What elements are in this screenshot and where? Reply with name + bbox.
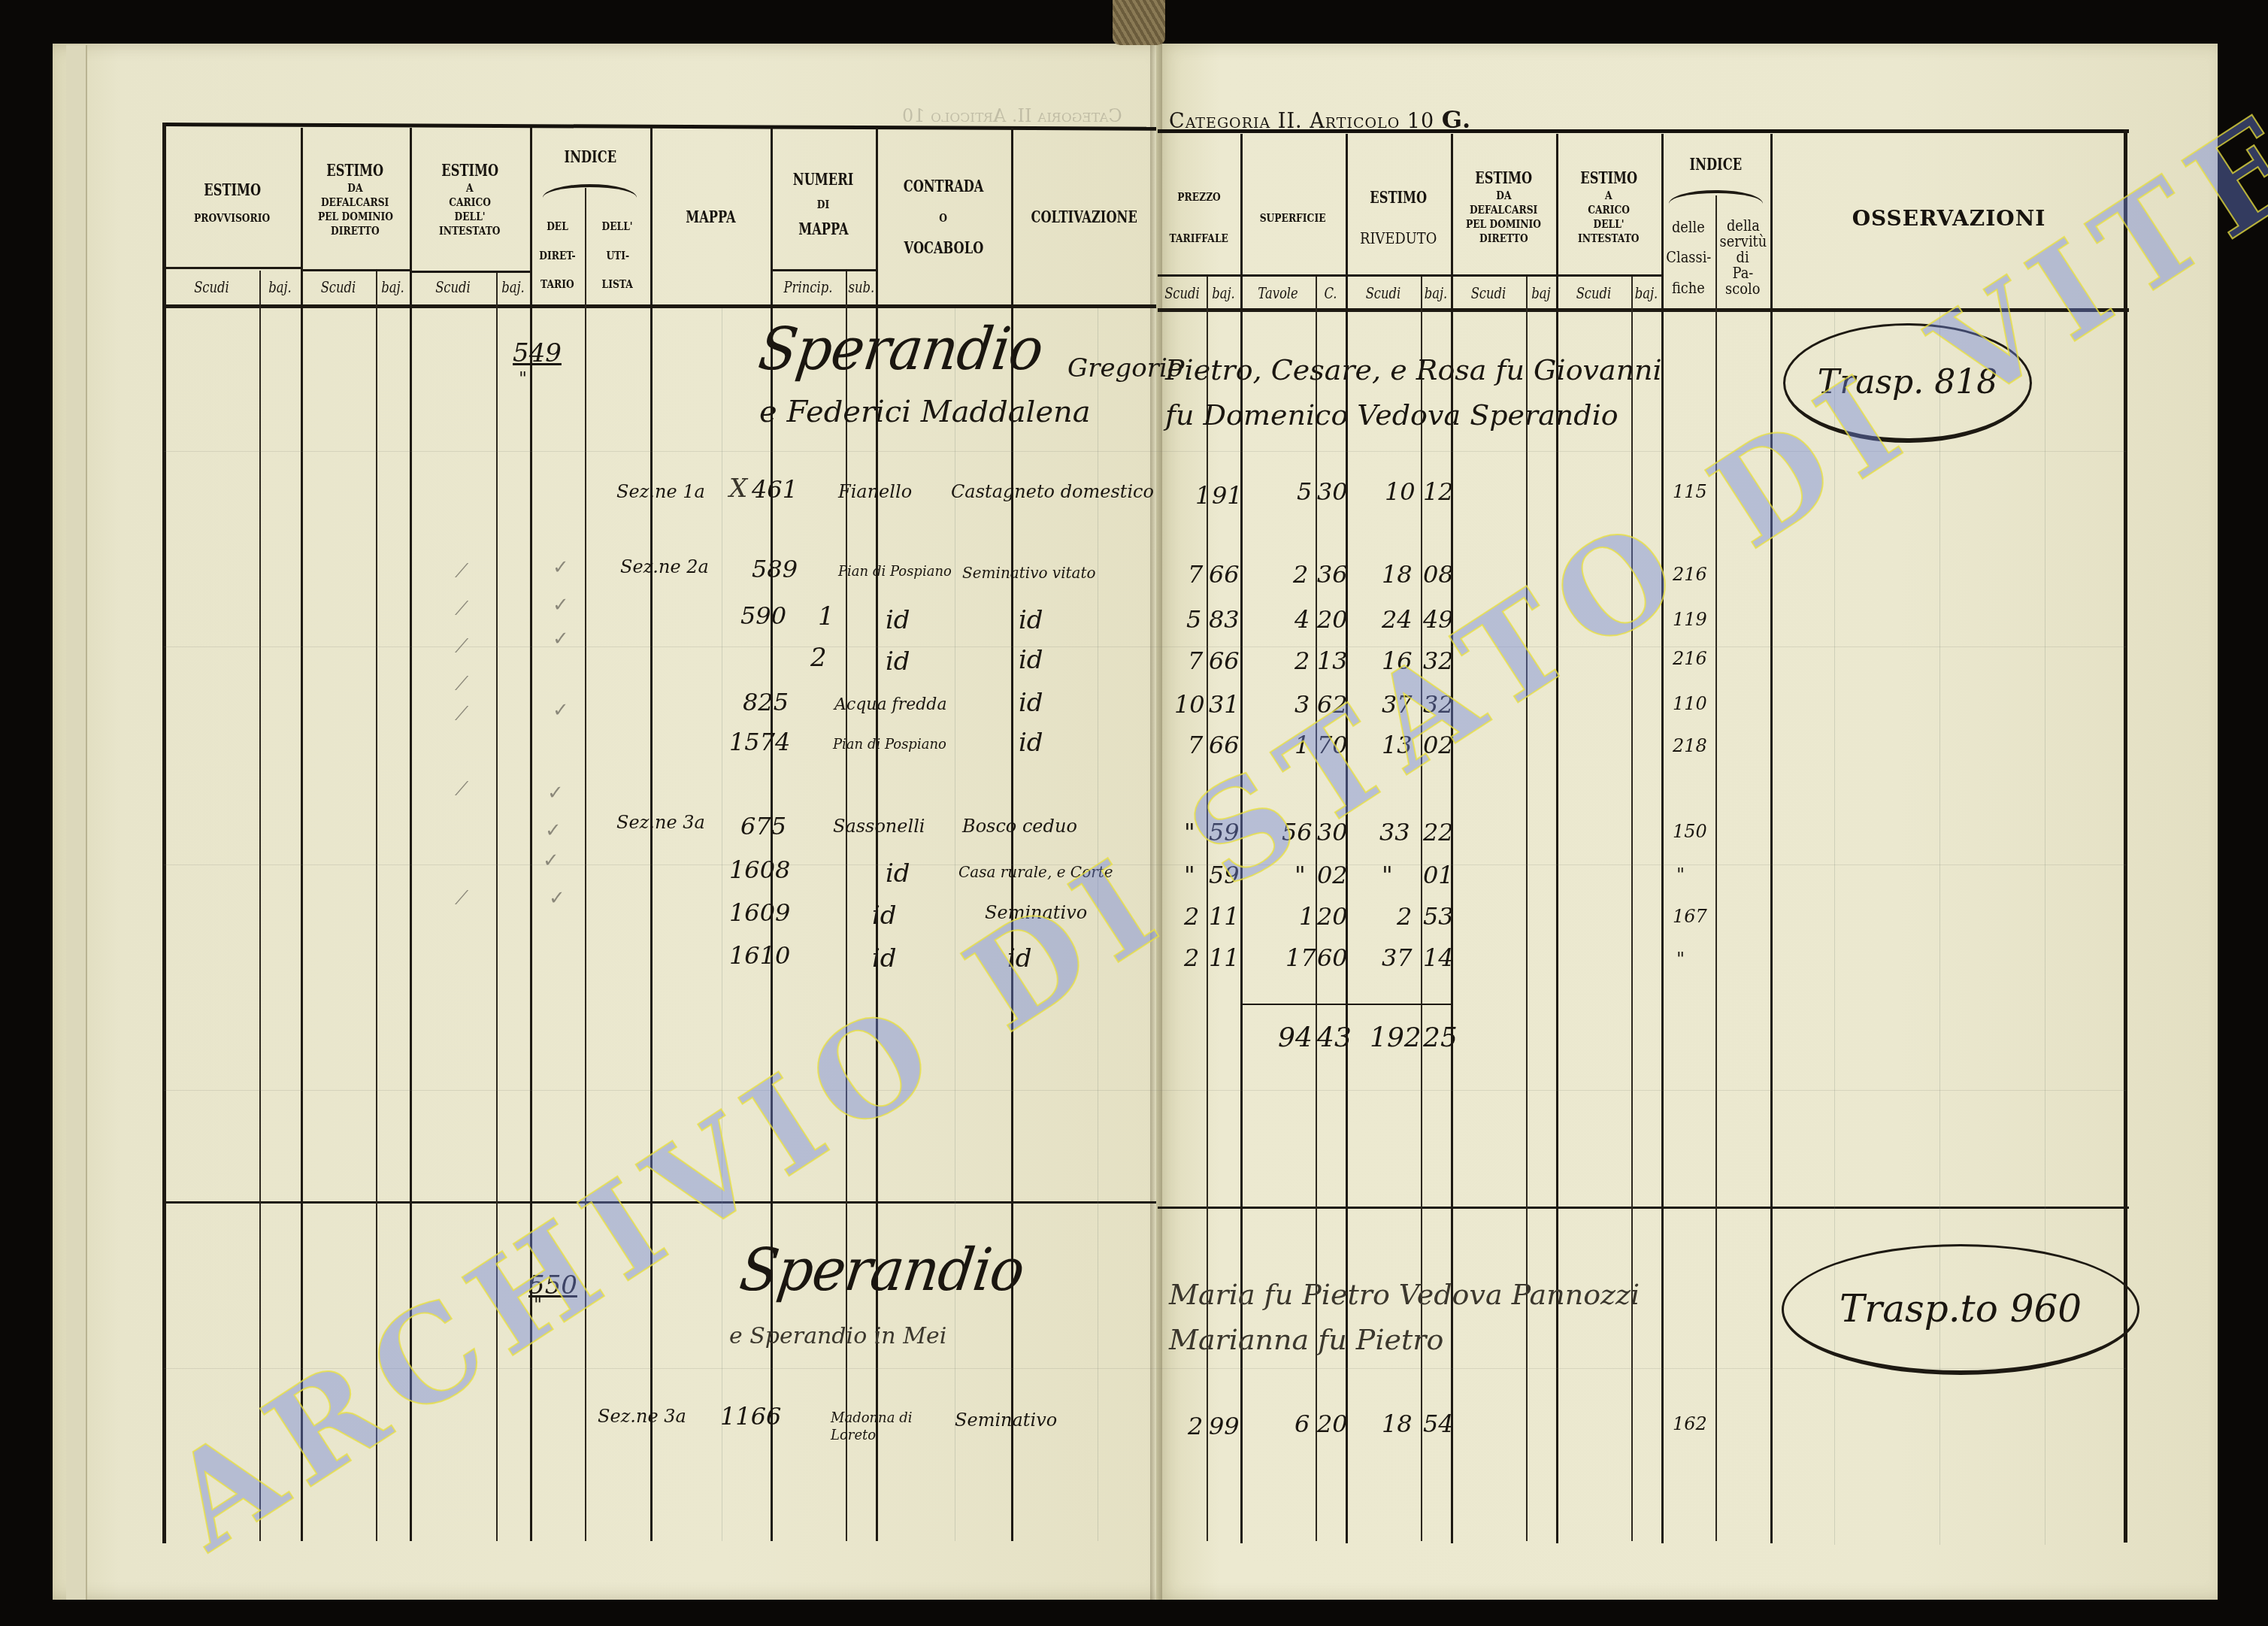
indice-classifiche: 115: [1673, 481, 1707, 502]
subheader-baj: baj.: [263, 278, 297, 296]
pencil-tick: ⟋: [455, 778, 468, 801]
subheader-scudi: Scudi: [1352, 284, 1414, 302]
sub-header-rule: [1158, 274, 1240, 277]
indice-classifiche: 119: [1673, 609, 1707, 630]
bleed-through-head: Categoria II. Articolo 10: [902, 105, 1122, 126]
header-estimo-provvisorio: ESTIMO PROVVISORIO: [164, 143, 301, 263]
header-estimo-defalcarsi-right: ESTIMO DA DEFALCARSI PEL DOMINIO DIRETTO: [1451, 143, 1556, 271]
riveduto-baj: 54: [1423, 1410, 1454, 1438]
faint-row-rule: [164, 1368, 2126, 1369]
header-indice-diretario: DEL DIRET- TARIO: [530, 203, 585, 308]
entry-separator: [1158, 1207, 2129, 1209]
sub-header-rule: [1556, 274, 1661, 277]
subheader-c: C.: [1319, 284, 1343, 302]
coltivazione: id: [1019, 728, 1043, 758]
subheader-scudi: Scudi: [172, 278, 250, 296]
pencil-tick: ⟋: [455, 598, 468, 621]
contrada: Pian di Pospiano: [833, 737, 946, 752]
header-indice-classifiche: delle Classi- fiche: [1661, 207, 1715, 308]
subheader-scudi: Scudi: [417, 278, 488, 296]
col-divider: [301, 128, 303, 1541]
indice-classifiche: 110: [1673, 693, 1707, 714]
parcel-number: 1610: [729, 941, 790, 970]
coltivazione: Castagneto domestico: [951, 481, 1154, 502]
contrada: id: [886, 605, 910, 635]
coltivazione: id: [1007, 943, 1032, 973]
riveduto-scudi: 18: [1382, 1410, 1413, 1438]
entry-number-sub: ": [534, 1294, 542, 1316]
transfer-note-oval: Trasp. 818: [1783, 323, 2032, 443]
prezzo-baj: 99: [1209, 1412, 1240, 1440]
riveduto-scudi: 18: [1382, 560, 1413, 589]
subheader-baj: baj.: [1210, 284, 1237, 302]
header-osservazioni: OSSERVAZIONI: [1770, 128, 2127, 308]
subheader-scudi: Scudi: [1458, 284, 1519, 302]
pencil-check: ✓: [553, 699, 569, 722]
riveduto-baj: 02: [1423, 731, 1454, 759]
riveduto-baj: 22: [1423, 818, 1454, 846]
riveduto-baj: 32: [1423, 690, 1454, 719]
prezzo-baj: 66: [1209, 646, 1240, 675]
col-divider: [1770, 134, 1773, 1543]
superficie-tavole: 1: [1294, 731, 1310, 759]
riveduto-scudi: 33: [1379, 818, 1410, 846]
superficie-c: 30: [1317, 818, 1348, 846]
prezzo-scudi: 7: [1188, 646, 1203, 675]
contrada: id: [886, 646, 910, 677]
prezzo-baj: 59: [1209, 818, 1240, 846]
contrada: id: [886, 858, 910, 889]
contrada: Fianello: [838, 481, 912, 502]
parcel-number: 1608: [729, 855, 790, 884]
header-indice-right: INDICE: [1661, 147, 1770, 184]
indice-classifiche: 150: [1673, 821, 1707, 842]
binding-thread: [1113, 0, 1165, 45]
pencil-tick: ⟋: [455, 703, 468, 726]
sub-col-divider: [846, 271, 847, 1541]
sezione-label: Sez.ne 3a: [616, 812, 705, 833]
riveduto-scudi: 2: [1397, 902, 1412, 931]
subheader-scudi: Scudi: [307, 278, 369, 296]
indice-classifiche: ": [1676, 864, 1685, 886]
riveduto-scudi: 13: [1382, 731, 1413, 759]
coltivazione: Seminativo: [985, 902, 1087, 923]
parcel-number: 675: [740, 812, 786, 840]
superficie-tavole: 2: [1293, 560, 1308, 589]
riveduto-scudi: ": [1382, 861, 1393, 889]
pencil-check: ✓: [545, 819, 562, 842]
total-riveduto-scudi: 192: [1370, 1022, 1422, 1053]
prezzo-baj: 83: [1209, 605, 1240, 634]
col-divider: [650, 128, 653, 1541]
total-riveduto-baj: 25: [1423, 1022, 1458, 1053]
indice-classifiche: 218: [1673, 735, 1707, 756]
indice-classifiche: 167: [1673, 906, 1707, 927]
pencil-check: ✓: [543, 849, 559, 872]
total-tavole: 94: [1278, 1022, 1313, 1053]
riveduto-scudi: 24: [1382, 605, 1413, 634]
faint-rule: [722, 308, 722, 1541]
parcel-number: 1166: [720, 1402, 781, 1431]
superficie-c: 20: [1317, 605, 1348, 634]
riveduto-baj: 53: [1423, 902, 1454, 931]
superficie-tavole: 4: [1294, 605, 1310, 634]
sezione-label: Sez.ne 1a: [616, 481, 705, 502]
coltivazione: id: [1019, 645, 1043, 675]
pencil-tick: ⟋: [455, 887, 468, 910]
sub-col-divider: [259, 271, 261, 1541]
superficie-c: 20: [1317, 902, 1348, 931]
sub-header-rule: [1346, 274, 1451, 277]
header-coltivazione: COLTIVAZIONE: [1011, 132, 1158, 304]
superficie-c: 13: [1317, 646, 1348, 675]
owner-name-right-1: Pietro, Cesare, e Rosa fu Giovanni: [1165, 353, 1662, 386]
coltivazione: Seminativo: [955, 1410, 1057, 1431]
subheader-baj: baj: [1529, 284, 1554, 302]
superficie-tavole: 5: [1297, 477, 1312, 506]
riveduto-scudi: 37: [1382, 943, 1413, 972]
owner-name-right-1: Maria fu Pietro Vedova Pannozzi: [1169, 1278, 1640, 1311]
faint-row-rule: [164, 1090, 2126, 1091]
sezione-label: Sez.ne 3a: [598, 1406, 686, 1427]
prezzo-scudi: 2: [1184, 943, 1199, 972]
col-divider: [1556, 134, 1558, 1543]
superficie-c: 02: [1317, 861, 1348, 889]
parcel-number: 461: [752, 475, 798, 504]
prezzo-scudi: 2: [1184, 902, 1199, 931]
superficie-tavole: 1: [1299, 902, 1314, 931]
subheader-scudi: Scudi: [1563, 284, 1625, 302]
header-estimo-carico-right: ESTIMO A CARICO DELL' INTESTATO: [1556, 143, 1661, 271]
sezione-label: Sez.ne 2a: [620, 556, 709, 577]
riveduto-scudi: 10: [1385, 477, 1416, 506]
riveduto-scudi: 37: [1382, 690, 1413, 719]
sub-header-rule: [771, 269, 876, 271]
parcel-number: 1609: [729, 898, 790, 927]
indice-classifiche: 216: [1673, 564, 1707, 585]
superficie-c: 36: [1317, 560, 1348, 589]
pencil-tick: ⟋: [455, 560, 468, 583]
header-numeri-mappa: NUMERI DI MAPPA: [771, 143, 876, 267]
superficie-c: 70: [1317, 731, 1348, 759]
faint-row-rule: [164, 451, 2126, 452]
superficie-c: 60: [1317, 943, 1348, 972]
sub-header-rule: [301, 269, 410, 271]
entry-number: 549: [513, 338, 562, 368]
pencil-check: ✓: [553, 594, 569, 616]
indice-classifiche: ": [1676, 949, 1685, 970]
sub-col-divider: [376, 271, 377, 1541]
riveduto-scudi: 16: [1382, 646, 1413, 675]
contrada: Acqua fredda: [834, 695, 947, 714]
table-left-border: [162, 123, 166, 1543]
owner-name-right-2: fu Domenico Vedova Sperandio: [1165, 398, 1618, 431]
page-leaf-edge: [66, 45, 87, 1600]
pencil-check: ✓: [549, 887, 565, 910]
coltivazione: Seminativo vitato: [962, 564, 1096, 582]
transfer-note-oval: Trasp.to 960: [1782, 1244, 2139, 1375]
parcel-sub: 1: [818, 601, 834, 631]
prezzo-baj: 11: [1209, 902, 1240, 931]
header-superficie: SUPERFICIE: [1240, 165, 1346, 271]
parcel-number: 590: [740, 601, 786, 630]
prezzo-scudi: 1: [1195, 481, 1210, 510]
riveduto-baj: 08: [1423, 560, 1454, 589]
header-prezzo-tariffale: PREZZO TARIFFALE: [1158, 165, 1240, 271]
faint-rule: [1834, 312, 1835, 1545]
riveduto-baj: 01: [1423, 861, 1454, 889]
subheader-scudi: Scudi: [1162, 284, 1202, 302]
header-bottom-rule: [1158, 308, 2129, 312]
contrada: Pian di Pospiano: [838, 564, 952, 580]
prezzo-scudi: 2: [1188, 1412, 1203, 1440]
parcel-number: 825: [743, 688, 789, 716]
prezzo-baj: 59: [1209, 861, 1240, 889]
superficie-c: 62: [1317, 690, 1348, 719]
sub-col-divider: [1631, 274, 1633, 1541]
header-estimo-defalcarsi: ESTIMO DA DEFALCARSI PEL DOMINIO DIRETTO: [301, 132, 410, 267]
totals-rule: [1240, 1004, 1451, 1005]
total-c: 43: [1317, 1022, 1352, 1053]
pencil-tick: ⟋: [455, 635, 468, 659]
coltivazione: Bosco ceduo: [962, 816, 1077, 837]
coltivazione: id: [1019, 688, 1043, 718]
superficie-c: 20: [1317, 1410, 1348, 1438]
header-estimo-riveduto: ESTIMO RIVEDUTO: [1346, 165, 1451, 271]
owner-name-2: e Sperandio in Mei: [729, 1323, 946, 1349]
cross-mark: X: [729, 474, 747, 504]
prezzo-baj: 11: [1209, 943, 1240, 972]
superficie-tavole: 17: [1285, 943, 1316, 972]
header-indice-utilista: DELL' UTI- LISTA: [585, 203, 650, 308]
col-divider: [1661, 134, 1664, 1543]
owner-name-right-2: Marianna fu Pietro: [1169, 1323, 1443, 1356]
owner-name-2: e Federici Maddalena: [759, 395, 1091, 429]
subheader-baj: baj.: [379, 278, 407, 296]
prezzo-scudi: 7: [1188, 560, 1203, 589]
sub-header-rule: [1240, 274, 1346, 277]
subheader-baj: baj.: [1424, 284, 1449, 302]
riveduto-baj: 14: [1423, 943, 1454, 972]
parcel-sub: 2: [810, 643, 827, 673]
entry-number-sub: ": [519, 368, 527, 389]
prezzo-baj: 31: [1209, 690, 1240, 719]
prezzo-scudi: 7: [1188, 731, 1203, 759]
superficie-tavole: 56: [1282, 818, 1313, 846]
riveduto-baj: 49: [1423, 605, 1454, 634]
sub-header-rule: [1451, 274, 1556, 277]
header-bottom-rule: [164, 304, 1156, 308]
subheader-tavole: Tavole: [1247, 284, 1309, 302]
header-indice-servitu: della servitù di Pa- scolo: [1715, 207, 1770, 308]
coltivazione: id: [1019, 605, 1043, 635]
prezzo-baj: 66: [1209, 731, 1240, 759]
sub-col-divider: [496, 271, 498, 1541]
indice-classifiche: 162: [1673, 1413, 1707, 1434]
contrada: Sassonelli: [833, 816, 925, 837]
owner-surname: Sperandio: [736, 1237, 1028, 1304]
riveduto-baj: 32: [1423, 646, 1454, 675]
sub-col-divider: [1526, 274, 1528, 1541]
contrada: id: [872, 901, 897, 931]
subheader-princip: Princip.: [777, 278, 839, 296]
prezzo-baj: 66: [1209, 560, 1240, 589]
sub-header-rule: [410, 271, 530, 273]
prezzo-scudi: 5: [1186, 605, 1201, 634]
prezzo-baj: 91: [1212, 481, 1243, 510]
col-divider: [410, 128, 412, 1541]
superficie-tavole: 2: [1294, 646, 1310, 675]
superficie-tavole: 3: [1294, 690, 1310, 719]
faint-row-rule: [164, 864, 2126, 865]
parcel-number: 589: [752, 555, 798, 583]
superficie-tavole: 6: [1294, 1410, 1310, 1438]
subheader-baj: baj.: [1634, 284, 1659, 302]
indice-classifiche: 216: [1673, 648, 1707, 669]
header-contrada: CONTRADA O VOCABOLO: [876, 132, 1011, 304]
superficie-tavole: ": [1294, 861, 1306, 889]
prezzo-scudi: 10: [1174, 690, 1205, 719]
subheader-sub: sub.: [849, 278, 874, 296]
riveduto-baj: 12: [1423, 477, 1454, 506]
header-mappa: MAPPA: [650, 132, 771, 304]
header-indice: INDICE: [530, 139, 650, 177]
contrada: id: [872, 943, 897, 973]
pencil-check: ✓: [547, 782, 564, 804]
prezzo-scudi: ": [1184, 818, 1195, 846]
pencil-check: ✓: [553, 556, 569, 579]
header-estimo-carico: ESTIMO A CARICO DELL' INTESTATO: [410, 132, 530, 267]
pencil-tick: ⟋: [455, 673, 468, 696]
superficie-c: 30: [1317, 477, 1348, 506]
contrada: Madonna di Loreto: [831, 1410, 913, 1445]
parcel-number: 1574: [729, 728, 790, 756]
prezzo-scudi: ": [1184, 861, 1195, 889]
coltivazione: Casa rurale, e Corte: [958, 863, 1113, 881]
pencil-check: ✓: [553, 628, 569, 650]
sub-col-divider: [1715, 195, 1717, 1541]
entry-separator: [164, 1201, 1156, 1204]
sub-header-rule: [164, 267, 301, 269]
owner-surname: Sperandio: [755, 316, 1047, 383]
subheader-baj: baj.: [499, 278, 527, 296]
